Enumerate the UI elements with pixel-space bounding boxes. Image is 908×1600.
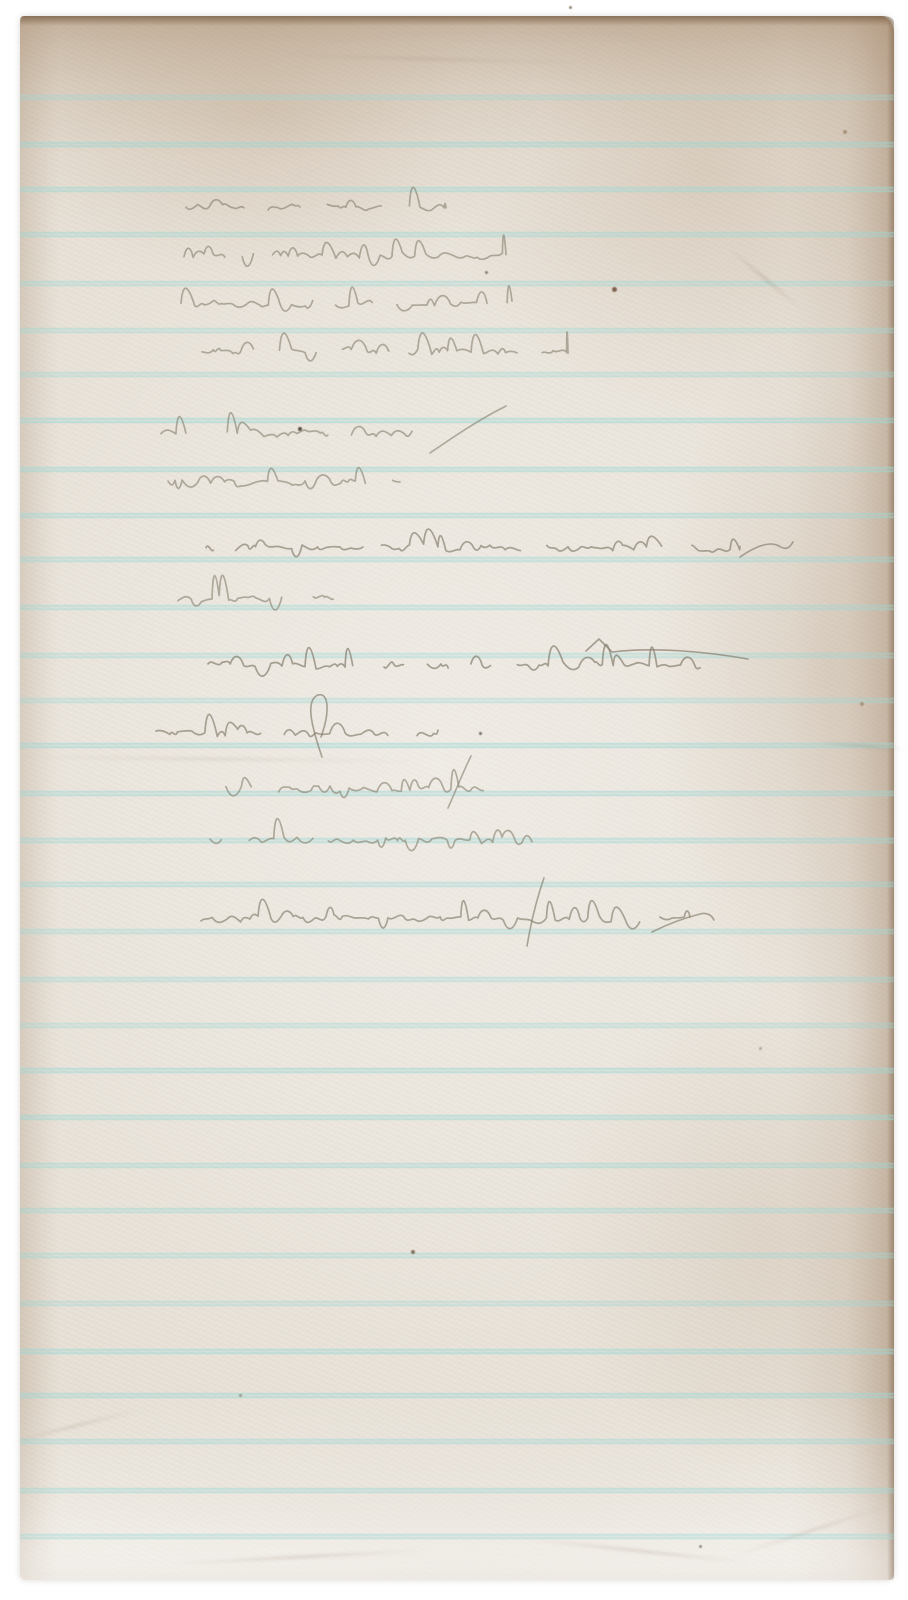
age-spot: [569, 6, 572, 9]
paper-top-edge-shadow: [20, 16, 894, 26]
paper-right-edge-shadow: [887, 16, 894, 1580]
scan-background: [0, 0, 908, 1600]
paper-sheet: [20, 16, 894, 1580]
